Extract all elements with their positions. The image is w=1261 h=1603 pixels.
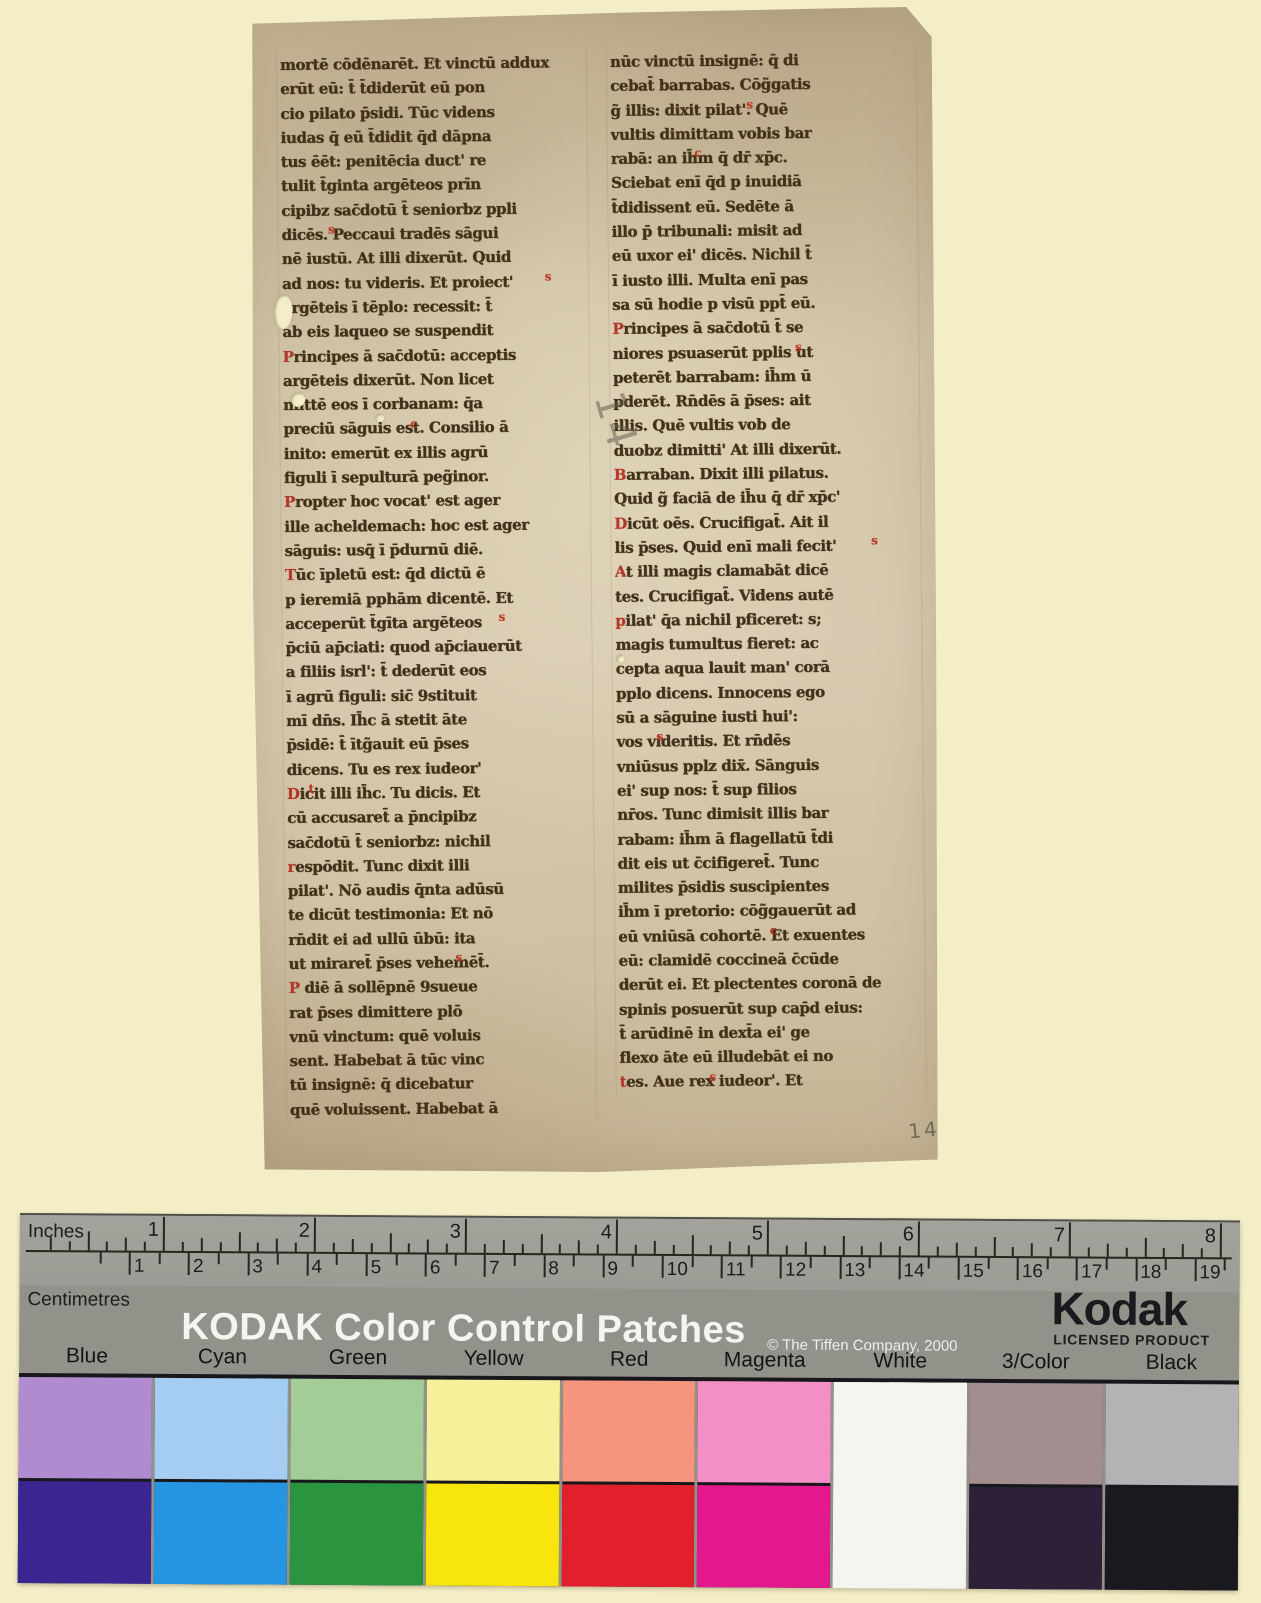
manuscript-line: sāguis: usq̄ ī p̄durnū diē. xyxy=(284,536,587,563)
manuscript-line: p̄sidē: t̄ ītg̃auit eū p̄ses xyxy=(286,730,589,757)
inch-tick xyxy=(1220,1223,1222,1257)
manuscript-line: ī iusto illi. Multa enī pas xyxy=(612,266,915,293)
patch-label-green: Green xyxy=(290,1346,426,1371)
cm-tick xyxy=(218,1253,220,1264)
cm-tick xyxy=(306,1254,308,1276)
patch-black-light xyxy=(1105,1384,1239,1486)
manuscript-line: pilat' q̄a nichil pficeret: s; xyxy=(615,606,918,633)
cm-tick xyxy=(928,1258,930,1269)
cm-tick xyxy=(810,1257,812,1268)
cm-number: 11 xyxy=(726,1259,746,1281)
inch-tick xyxy=(314,1218,316,1252)
manuscript-line: P diē ā sollēpnē 9sueue xyxy=(289,973,592,1000)
manuscript-line: tes. Aue rex iudeor'. Et xyxy=(620,1067,923,1094)
cm-number: 17 xyxy=(1081,1261,1102,1283)
inch-tick xyxy=(276,1239,278,1252)
rubric-mark: s xyxy=(545,264,552,288)
cm-tick xyxy=(543,1255,545,1277)
manuscript-line: inito: emerūt ex illis agrū xyxy=(284,439,587,466)
rubric-mark: s xyxy=(328,218,335,242)
inch-tick xyxy=(767,1221,769,1255)
manuscript-line: p ieremiā pphām dicentē. Et xyxy=(285,585,588,612)
manuscript-line: duobz dimitti' At illi dixerūt. xyxy=(614,436,917,463)
inch-tick xyxy=(1012,1247,1014,1256)
inch-tick xyxy=(446,1244,448,1253)
manuscript-line: dicens. Tu es rex iudeor' xyxy=(287,755,590,782)
cm-tick xyxy=(1017,1258,1019,1280)
cm-tick xyxy=(750,1256,752,1267)
manuscript-line: ī agrū figuli: sic̄ 9stituit xyxy=(286,682,589,709)
patch-blue-dark xyxy=(18,1481,152,1584)
cm-tick xyxy=(721,1256,723,1278)
inch-tick xyxy=(918,1221,920,1255)
manuscript-line: ille acheldemach: hoc est ager xyxy=(284,512,587,539)
cm-tick xyxy=(839,1257,841,1279)
inch-tick xyxy=(125,1238,127,1251)
manuscript-leaf: mortē cōdēnarēt. Et vinctū adduxerūt eū:… xyxy=(247,7,942,1176)
manuscript-line: pderēt. Rn̄dēs ā p̄ses: ait xyxy=(613,387,916,414)
cm-tick xyxy=(632,1256,634,1267)
patch-green-dark xyxy=(290,1483,424,1586)
manuscript-line: tus ēēt: penitēcia duct' re xyxy=(281,147,584,174)
patch-magenta-light xyxy=(698,1381,832,1483)
cm-tick xyxy=(987,1258,989,1269)
cm-number: 14 xyxy=(903,1260,924,1282)
patch-black-dark xyxy=(1105,1488,1239,1591)
manuscript-line: argēteis dixerūt. Non licet xyxy=(283,366,586,393)
cm-number: 13 xyxy=(844,1260,865,1282)
patch-3-color-dark xyxy=(969,1487,1103,1590)
manuscript-line: derūt ei. Et plectentes coronā de xyxy=(619,970,922,997)
inch-number: 3 xyxy=(435,1221,461,1244)
patch-label-blue: Blue xyxy=(19,1344,155,1369)
manuscript-line: figuli ī sepulturā peg̃inor. xyxy=(284,463,587,490)
cm-tick xyxy=(662,1256,664,1278)
manuscript-line: cipibz sac̄dotū t̄ seniorbz ppli xyxy=(281,196,584,223)
cm-number: 5 xyxy=(371,1257,382,1279)
inch-tick xyxy=(823,1246,825,1255)
manuscript-line: rat p̄ses dimittere plō xyxy=(289,998,592,1025)
inch-tick xyxy=(238,1232,240,1251)
cm-tick xyxy=(691,1256,693,1267)
manuscript-line: erūt eū: t̄ t̄diderūt eū pon xyxy=(280,74,583,101)
manuscript-line: illo p̄ tribunali: misit ad xyxy=(611,217,914,244)
cm-tick xyxy=(573,1255,575,1266)
inch-tick xyxy=(144,1242,146,1251)
cm-tick xyxy=(1076,1258,1078,1280)
manuscript-line: rabā: an ih̄m q̄ dr̄ xp̄c. xyxy=(611,144,914,171)
rubric-mark: s xyxy=(657,725,664,749)
inch-tick xyxy=(68,1241,70,1250)
inch-number: 6 xyxy=(888,1223,914,1246)
cm-tick xyxy=(99,1252,101,1263)
cm-number: 19 xyxy=(1199,1262,1220,1284)
patch-column-yellow xyxy=(425,1379,559,1586)
manuscript-line: Propter hoc vocat' est ager xyxy=(284,487,587,514)
inch-tick xyxy=(503,1240,505,1253)
cm-tick xyxy=(158,1253,160,1264)
inch-tick xyxy=(1107,1244,1109,1257)
inch-tick xyxy=(559,1244,561,1253)
manuscript-line: tes. Crucifigat̄. Videns autē xyxy=(615,581,918,608)
manuscript-line: cepta aqua lauit man' corā xyxy=(616,654,919,681)
patch-red-dark xyxy=(561,1484,695,1587)
patch-blue-light xyxy=(18,1377,152,1479)
manuscript-line: p̄ciū ap̄ciati: quod ap̄ciauerūt xyxy=(285,633,588,660)
inch-tick xyxy=(635,1245,637,1254)
rubric-mark: s xyxy=(795,335,802,359)
manuscript-line: pilat'. Nō audis q̄nta adūsū xyxy=(288,876,591,903)
cm-tick xyxy=(1165,1259,1167,1270)
ruler-ticks: 1234567812345678910111213141516171819 xyxy=(20,1215,1240,1222)
cm-number: 1 xyxy=(134,1256,145,1278)
cm-number: 8 xyxy=(548,1258,559,1280)
inch-tick xyxy=(654,1241,656,1254)
cm-tick xyxy=(898,1257,900,1279)
manuscript-line: ab eis laqueo se suspendit xyxy=(282,317,585,344)
cm-tick xyxy=(1106,1259,1108,1270)
manuscript-line: ad nos: tu videris. Et proiect' xyxy=(282,269,585,296)
manuscript-line: rn̄dit ei ad ullū ūbū: ita xyxy=(288,925,591,952)
inch-tick xyxy=(257,1242,259,1251)
patch-column-black xyxy=(1105,1384,1239,1591)
patch-label-3-color: 3/Color xyxy=(968,1350,1104,1375)
patch-labels-row: BlueCyanGreenYellowRedMagentaWhite3/Colo… xyxy=(19,1344,1239,1375)
inch-tick xyxy=(729,1241,731,1254)
inch-tick xyxy=(786,1246,788,1255)
manuscript-line: vnū vinctum: quē voluis xyxy=(289,1022,592,1049)
manuscript-line: Principes ā sac̄dotū t̄ se xyxy=(612,314,915,341)
inch-tick xyxy=(1125,1248,1127,1257)
manuscript-line: eū uxor ei' dicēs. Nichil t̄ xyxy=(612,241,915,268)
cm-tick xyxy=(395,1254,397,1265)
manuscript-line: Sciebat enī q̄d p inuidiā xyxy=(611,168,914,195)
manuscript-line: t̄ arūdinē in dext̄a ei' ge xyxy=(619,1019,922,1046)
inch-tick xyxy=(672,1245,674,1254)
manuscript-line: nūc vinctū insignē: q̄ di xyxy=(610,47,913,74)
patch-green-light xyxy=(290,1379,424,1481)
patch-label-cyan: Cyan xyxy=(155,1345,291,1370)
inch-tick xyxy=(597,1245,599,1254)
inch-tick xyxy=(1050,1247,1052,1256)
manuscript-line: preciū sāguis est. Consilio ā xyxy=(283,415,586,442)
cm-number: 7 xyxy=(489,1258,500,1280)
inch-number: 4 xyxy=(586,1221,612,1244)
manuscript-line: peterēt barrabam: ih̄m ū xyxy=(613,363,916,390)
manuscript-line: Quid g̃ faciā de ih̄u q̄ dr̄ xp̄c' xyxy=(614,484,917,511)
manuscript-line: pplo dicens. Innocens ego xyxy=(616,679,919,706)
cm-number: 15 xyxy=(963,1261,984,1283)
rubric-mark: c xyxy=(770,918,777,942)
manuscript-line: tū insignē: q̄ dicebatur xyxy=(290,1071,593,1098)
cm-number: 6 xyxy=(430,1258,441,1280)
patch-column-red xyxy=(561,1380,695,1587)
cm-tick xyxy=(425,1254,427,1276)
rubric-mark: s xyxy=(746,92,753,116)
inch-tick xyxy=(408,1243,410,1252)
manuscript-line: cū accusaret̄ a p̄ncipibz xyxy=(287,803,590,830)
manuscript-line: eū: clamidē coccineā c̄cūde xyxy=(618,946,921,973)
patch-label-black: Black xyxy=(1104,1351,1240,1376)
patch-yellow-dark xyxy=(425,1483,559,1586)
inch-number: 5 xyxy=(737,1222,763,1245)
inch-tick xyxy=(389,1233,391,1252)
inch-number: 8 xyxy=(1190,1225,1216,1248)
cm-tick xyxy=(188,1253,190,1275)
patch-column-cyan xyxy=(154,1378,288,1585)
manuscript-line: Principes ā sac̄dotū: acceptis xyxy=(283,342,586,369)
manuscript-line: respōdit. Tunc dixit illi xyxy=(288,852,591,879)
inch-tick xyxy=(50,1237,52,1250)
cm-tick xyxy=(277,1254,279,1265)
manuscript-line: cio pilato p̄sidi. Tūc videns xyxy=(280,99,583,126)
inch-tick xyxy=(201,1238,203,1251)
manuscript-line: ei' sup nos: t̄ sup filios xyxy=(617,776,920,803)
patch-grid xyxy=(18,1373,1239,1590)
manuscript-line: niores psuaserūt pplis ut xyxy=(613,338,916,365)
manuscript-line: vultis dimittam vobis bar xyxy=(611,120,914,147)
inch-tick xyxy=(974,1247,976,1256)
manuscript-line: nr̄os. Tunc dimisit illis bar xyxy=(617,800,920,827)
inch-tick xyxy=(956,1243,958,1256)
manuscript-line: t̄didissent eū. Sedēte ā xyxy=(611,193,914,220)
rubric-mark: s xyxy=(871,528,878,552)
manuscript-line: dit eis ut c̄cifigeret̄. Tunc xyxy=(618,849,921,876)
inch-number: 2 xyxy=(284,1220,310,1243)
inch-tick xyxy=(182,1242,184,1251)
inch-tick xyxy=(87,1231,89,1250)
patch-column-magenta xyxy=(697,1381,831,1588)
manuscript-line: mittē eos ī corbanam: q̄a xyxy=(283,390,586,417)
cm-tick xyxy=(1046,1258,1048,1269)
inch-tick xyxy=(163,1217,165,1251)
inch-tick xyxy=(710,1245,712,1254)
manuscript-line: ut miraret̄ p̄ses vehemēt̄. xyxy=(288,949,591,976)
manuscript-line: g̃ illis: dixit pilat'. Quē xyxy=(610,96,913,123)
patch-white-dark xyxy=(833,1486,967,1589)
inch-tick xyxy=(1144,1238,1146,1257)
manuscript-line: iudas q̄ eū t̄didit q̄d dāpna xyxy=(281,123,584,150)
rubric-mark: s xyxy=(709,1064,716,1088)
manuscript-line: Tūc īpletū est: q̄d dictū ē xyxy=(285,560,588,587)
cm-number: 3 xyxy=(252,1256,263,1278)
patch-label-magenta: Magenta xyxy=(697,1348,833,1373)
manuscript-line: spinis posuerūt sup cap̄d eius: xyxy=(619,994,922,1021)
cm-tick xyxy=(780,1257,782,1279)
patch-column-white xyxy=(833,1382,967,1589)
cm-tick xyxy=(366,1254,368,1276)
inch-tick xyxy=(880,1242,882,1255)
inch-tick xyxy=(993,1237,995,1256)
inch-tick xyxy=(106,1242,108,1251)
patch-label-red: Red xyxy=(561,1347,697,1372)
inch-tick xyxy=(578,1240,580,1253)
inch-tick xyxy=(333,1243,335,1252)
cm-number: 18 xyxy=(1140,1262,1161,1284)
patch-red-light xyxy=(562,1380,696,1482)
cm-tick xyxy=(454,1255,456,1266)
manuscript-line: flexo āte eū illudebāt ei no xyxy=(619,1043,922,1070)
cm-number: 12 xyxy=(785,1260,806,1282)
inch-tick xyxy=(616,1220,618,1254)
inch-tick xyxy=(295,1243,297,1252)
manuscript-line: At illi magis clamabāt dicē xyxy=(615,557,918,584)
cm-tick xyxy=(602,1256,604,1278)
cm-tick xyxy=(514,1255,516,1266)
rubric-mark: s xyxy=(498,605,505,629)
pencil-folio-number: 145. xyxy=(907,1114,966,1143)
manuscript-column-left: mortē cōdēnarēt. Et vinctū adduxerūt eū:… xyxy=(276,50,597,1122)
ruler-inches-label: Inches xyxy=(28,1221,84,1243)
patch-column-blue xyxy=(18,1377,152,1584)
inch-tick xyxy=(937,1247,939,1256)
inch-tick xyxy=(540,1234,542,1253)
cm-tick xyxy=(336,1254,338,1265)
patch-column-green xyxy=(290,1379,424,1586)
inch-tick xyxy=(352,1239,354,1252)
manuscript-line: argēteis ī tēplo: recessit: t̄ xyxy=(282,293,585,320)
ruler-centimetres-label: Centimetres xyxy=(27,1289,130,1312)
cm-tick xyxy=(1194,1259,1196,1281)
inch-tick xyxy=(1069,1222,1071,1256)
manuscript-line: Barraban. Dixit illi pilatus. xyxy=(614,460,917,487)
licensed-product-label: LICENSED PRODUCT xyxy=(1053,1331,1210,1348)
patch-white-light xyxy=(834,1382,968,1484)
manuscript-line: sent. Habebat ā tūc vinc xyxy=(289,1046,592,1073)
inch-tick xyxy=(899,1246,901,1255)
manuscript-line: nē iustū. At illi dixerūt. Quid xyxy=(282,244,585,271)
cm-number: 4 xyxy=(311,1257,322,1279)
cm-tick xyxy=(869,1257,871,1268)
kodak-logo: Kodak xyxy=(1051,1281,1187,1336)
patch-column-3-color xyxy=(969,1383,1103,1590)
manuscript-line: sac̄dotū t̄ seniorbz: nichil xyxy=(287,828,590,855)
manuscript-line: illis. Quē vultis vob de xyxy=(613,411,916,438)
manuscript-column-right: nūc vinctū insignē: q̄ dicebat̄ barrabas… xyxy=(606,47,927,1095)
inch-tick xyxy=(465,1219,467,1253)
cm-tick xyxy=(129,1253,131,1275)
cm-number: 10 xyxy=(667,1259,688,1281)
inch-number: 7 xyxy=(1039,1224,1065,1247)
cm-number: 9 xyxy=(607,1259,618,1281)
patch-cyan-light xyxy=(154,1378,288,1480)
manuscript-line: rabam: ih̄m ā flagellatū t̄di xyxy=(617,824,920,851)
manuscript-line: mī dn̄s. Ih̄c ā stetit āte xyxy=(286,706,589,733)
inch-tick xyxy=(1088,1248,1090,1257)
cm-number: 2 xyxy=(193,1256,204,1278)
cm-tick xyxy=(1224,1259,1226,1270)
manuscript-line: acceperūt t̄gīta argēteos xyxy=(285,609,588,636)
inch-tick xyxy=(1182,1244,1184,1257)
patch-yellow-light xyxy=(426,1379,560,1481)
cm-tick xyxy=(247,1253,249,1275)
cm-tick xyxy=(958,1258,960,1280)
inch-tick xyxy=(861,1246,863,1255)
manuscript-line: te dicūt testimonia: Et nō xyxy=(288,900,591,927)
inch-tick xyxy=(842,1236,844,1255)
inch-number: 1 xyxy=(133,1219,159,1242)
inch-tick xyxy=(1163,1248,1165,1257)
patch-cyan-dark xyxy=(154,1482,288,1585)
patch-magenta-dark xyxy=(697,1485,831,1588)
inch-tick xyxy=(370,1243,372,1252)
cm-number: 16 xyxy=(1022,1261,1043,1283)
inch-tick xyxy=(748,1245,750,1254)
rubric-mark: c xyxy=(410,411,417,435)
inch-tick xyxy=(219,1242,221,1251)
patch-3-color-light xyxy=(970,1383,1104,1485)
inch-tick xyxy=(691,1235,693,1254)
manuscript-line: magis tumultus fieret: ac xyxy=(615,630,918,657)
manuscript-line: milites p̄sidis suscipientes xyxy=(618,873,921,900)
cm-tick xyxy=(1135,1259,1137,1281)
manuscript-line: tulit t̄ginta argēteos prīn xyxy=(281,172,584,199)
inch-tick xyxy=(521,1244,523,1253)
scanned-manuscript-photo: mortē cōdēnarēt. Et vinctū adduxerūt eū:… xyxy=(0,0,1261,1603)
manuscript-line: mortē cōdēnarēt. Et vinctū addux xyxy=(280,50,583,77)
manuscript-line: sa sū hodie p visū ppt̄ eū. xyxy=(612,290,915,317)
manuscript-line: cebat̄ barrabas. Cōg̃gatis xyxy=(610,71,913,98)
inch-tick xyxy=(427,1239,429,1252)
rubric-mark: c xyxy=(694,141,701,165)
manuscript-line: quē voluissent. Habebat ā xyxy=(290,1095,593,1122)
manuscript-line: Dicit illi ih̄c. Tu dicis. Et xyxy=(287,779,590,806)
manuscript-line: vniūsus pplz dix̄. Sānguis xyxy=(617,752,920,779)
inch-tick xyxy=(805,1242,807,1255)
manuscript-line: a filiis isrl': t̄ dederūt eos xyxy=(286,657,589,684)
patch-label-yellow: Yellow xyxy=(426,1346,562,1371)
patch-label-white: White xyxy=(832,1349,968,1374)
inch-tick xyxy=(484,1244,486,1253)
kodak-color-card: Inches 123456781234567891011121314151617… xyxy=(18,1213,1240,1590)
rubric-mark: t xyxy=(308,777,313,801)
inch-tick xyxy=(1031,1243,1033,1256)
inch-tick xyxy=(1201,1248,1203,1257)
cm-tick xyxy=(484,1255,486,1277)
rubric-mark: s xyxy=(455,945,462,969)
